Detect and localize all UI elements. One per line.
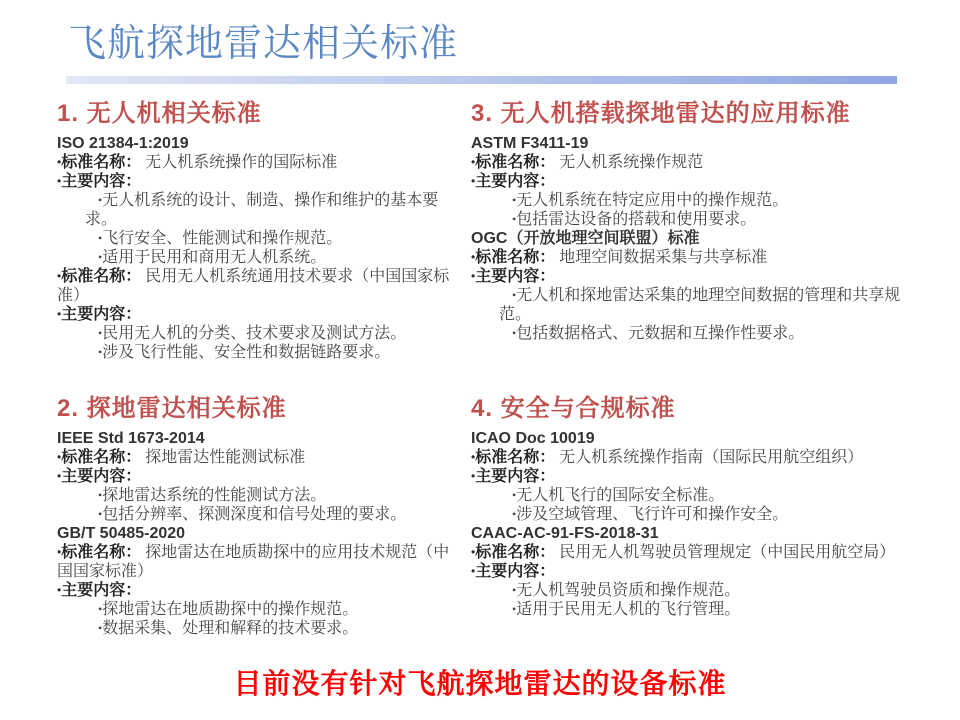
- field-label: 主要内容：: [61, 582, 141, 599]
- content-item: •飞行安全、性能测试和操作规范。: [85, 229, 461, 248]
- content-item: •无人机驾驶员资质和操作规范。: [499, 581, 919, 600]
- bullet-glyph: •: [512, 488, 516, 502]
- standard-code-name: OGC（开放地理空间联盟）标准: [471, 229, 919, 248]
- field-label: 标准名称：: [61, 544, 141, 561]
- field-label: 主要内容：: [475, 268, 555, 285]
- content-item: •涉及空域管理、飞行许可和操作安全。: [499, 505, 919, 524]
- section-heading: 4. 安全与合规标准: [471, 396, 919, 422]
- field-line: •标准名称： 民用无人机系统通用技术要求（中国国家标准）: [57, 267, 461, 305]
- field-line: •主要内容：: [57, 305, 461, 324]
- field-value: 地理空间数据采集与共享标准: [555, 249, 767, 266]
- field-line: •标准名称： 无人机系统操作规范: [471, 153, 919, 172]
- field-value: 探地雷达性能测试标准: [141, 449, 305, 466]
- bullet-glyph: •: [98, 602, 102, 616]
- field-line: •标准名称： 探地雷达在地质勘探中的应用技术规范（中国国家标准）: [57, 543, 461, 581]
- standard-code-name: ICAO Doc 10019: [471, 429, 919, 448]
- field-label: 标准名称：: [475, 154, 555, 171]
- field-line: •主要内容：: [57, 467, 461, 486]
- content-item: •民用无人机的分类、技术要求及测试方法。: [85, 324, 461, 343]
- sections-grid: 1. 无人机相关标准ISO 21384-1:2019•标准名称： 无人机系统操作…: [57, 101, 923, 638]
- bullet-glyph: •: [98, 193, 102, 207]
- bullet-glyph: •: [512, 602, 516, 616]
- field-line: •主要内容：: [57, 172, 461, 191]
- content-item: •适用于民用和商用无人机系统。: [85, 248, 461, 267]
- field-label: 主要内容：: [61, 468, 141, 485]
- bullet-glyph: •: [512, 193, 516, 207]
- standard-code-name: GB/T 50485-2020: [57, 524, 461, 543]
- standards-section: 1. 无人机相关标准ISO 21384-1:2019•标准名称： 无人机系统操作…: [57, 101, 461, 396]
- field-label: 标准名称：: [61, 268, 141, 285]
- bullet-glyph: •: [512, 326, 516, 340]
- content-item: •无人机飞行的国际安全标准。: [499, 486, 919, 505]
- standards-section: 2. 探地雷达相关标准IEEE Std 1673-2014•标准名称： 探地雷达…: [57, 396, 461, 638]
- standard-code-name: IEEE Std 1673-2014: [57, 429, 461, 448]
- field-line: •主要内容：: [57, 581, 461, 600]
- footer-note: 目前没有针对飞航探地雷达的设备标准: [0, 667, 960, 701]
- field-line: •标准名称： 地理空间数据采集与共享标准: [471, 248, 919, 267]
- field-value: 无人机系统操作规范: [555, 154, 703, 171]
- field-label: 主要内容：: [475, 468, 555, 485]
- field-line: •标准名称： 无人机系统操作指南（国际民用航空组织）: [471, 448, 919, 467]
- bullet-glyph: •: [98, 621, 102, 635]
- field-line: •标准名称： 民用无人机驾驶员管理规定（中国民用航空局）: [471, 543, 919, 562]
- field-label: 主要内容：: [61, 173, 141, 190]
- content-item: •探地雷达在地质勘探中的操作规范。: [85, 600, 461, 619]
- standard-code-name: ISO 21384-1:2019: [57, 134, 461, 153]
- bullet-glyph: •: [512, 583, 516, 597]
- standard-code-name: ASTM F3411-19: [471, 134, 919, 153]
- content-item: •包括雷达设备的搭载和使用要求。: [499, 210, 919, 229]
- content-item: •无人机系统在特定应用中的操作规范。: [499, 191, 919, 210]
- content-item: •适用于民用无人机的飞行管理。: [499, 600, 919, 619]
- bullet-glyph: •: [98, 250, 102, 264]
- bullet-glyph: •: [98, 231, 102, 245]
- content-item: •数据采集、处理和解释的技术要求。: [85, 619, 461, 638]
- field-label: 标准名称：: [61, 154, 141, 171]
- section-heading: 1. 无人机相关标准: [57, 101, 461, 127]
- bullet-glyph: •: [98, 488, 102, 502]
- field-label: 标准名称：: [475, 544, 555, 561]
- field-label: 标准名称：: [475, 449, 555, 466]
- field-label: 标准名称：: [61, 449, 141, 466]
- content-item: •包括数据格式、元数据和互操作性要求。: [499, 324, 919, 343]
- field-line: •主要内容：: [471, 267, 919, 286]
- standards-section: 3. 无人机搭载探地雷达的应用标准ASTM F3411-19•标准名称： 无人机…: [471, 101, 919, 396]
- field-value: 民用无人机驾驶员管理规定（中国民用航空局）: [555, 544, 895, 561]
- section-heading: 2. 探地雷达相关标准: [57, 396, 461, 422]
- field-label: 主要内容：: [475, 173, 555, 190]
- bullet-glyph: •: [98, 345, 102, 359]
- standard-code-name: CAAC-AC-91-FS-2018-31: [471, 524, 919, 543]
- field-line: •主要内容：: [471, 562, 919, 581]
- field-label: 主要内容：: [475, 563, 555, 580]
- bullet-glyph: •: [512, 212, 516, 226]
- bullet-glyph: •: [512, 507, 516, 521]
- page-title: 飞航探地雷达相关标准: [68, 22, 458, 66]
- bullet-glyph: •: [98, 326, 102, 340]
- section-heading: 3. 无人机搭载探地雷达的应用标准: [471, 101, 919, 127]
- title-underline: [66, 76, 897, 84]
- content-item: •探地雷达系统的性能测试方法。: [85, 486, 461, 505]
- field-line: •标准名称： 探地雷达性能测试标准: [57, 448, 461, 467]
- field-value: 无人机系统操作指南（国际民用航空组织）: [555, 449, 863, 466]
- field-label: 主要内容：: [61, 306, 141, 323]
- field-line: •标准名称： 无人机系统操作的国际标准: [57, 153, 461, 172]
- field-value: 无人机系统操作的国际标准: [141, 154, 337, 171]
- content-item: •无人机系统的设计、制造、操作和维护的基本要求。: [85, 191, 461, 229]
- content-item: •涉及飞行性能、安全性和数据链路要求。: [85, 343, 461, 362]
- content-item: •包括分辨率、探测深度和信号处理的要求。: [85, 505, 461, 524]
- content-item: •无人机和探地雷达采集的地理空间数据的管理和共享规范。: [499, 286, 919, 324]
- field-line: •主要内容：: [471, 172, 919, 191]
- field-line: •主要内容：: [471, 467, 919, 486]
- field-label: 标准名称：: [475, 249, 555, 266]
- bullet-glyph: •: [98, 507, 102, 521]
- standards-section: 4. 安全与合规标准ICAO Doc 10019•标准名称： 无人机系统操作指南…: [471, 396, 919, 638]
- bullet-glyph: •: [512, 288, 516, 302]
